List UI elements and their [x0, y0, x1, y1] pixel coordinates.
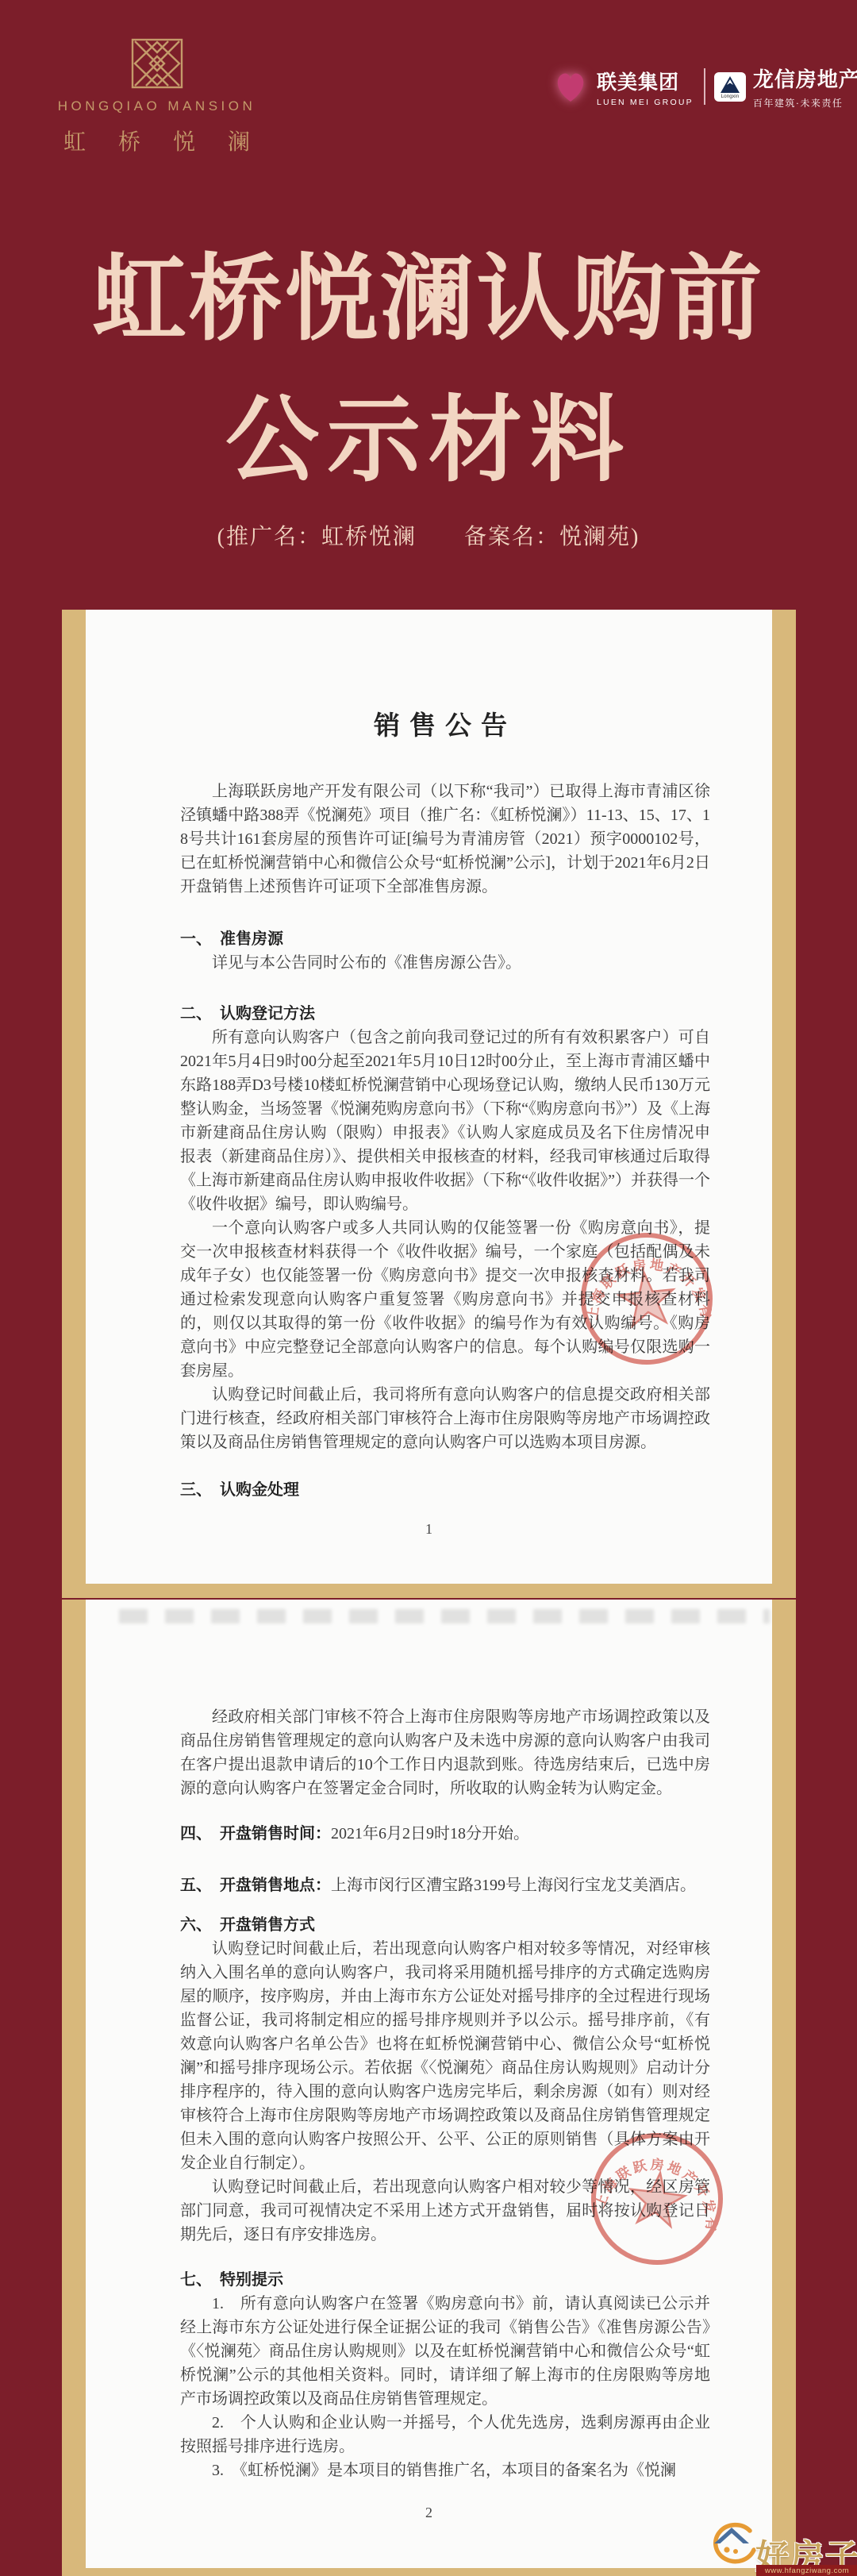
watermark-url-bar: www.hfangziwang.com: [756, 2565, 857, 2576]
house-logo-icon: [708, 2521, 757, 2572]
section-heading-4: 四、 开盘销售时间：2021年6月2日9时18分开始。: [180, 1822, 710, 1846]
section-heading-2: 二、 认购登记方法: [180, 1002, 710, 1026]
longxin-slogan: 百年建筑·未来责任: [753, 96, 857, 110]
section-4-value: 2021年6月2日9时18分开始。: [331, 1825, 529, 1842]
longxin-name-cn: 龙信房地产: [753, 64, 857, 93]
lattice-square-emblem-icon: [131, 38, 183, 89]
document-page-1: 销售公告 上海联跃房地产开发有限公司（以下称“我司”）已取得上海市青浦区徐泾镇蟠…: [62, 610, 796, 1598]
section-5-value: 上海市闵行区漕宝路3199号上海闵行宝龙艾美酒店。: [331, 1877, 696, 1894]
document-page-2: 经政府相关部门审核不符合上海市住房限购等房地产市场调控政策以及商品住房销售管理规…: [62, 1600, 796, 2576]
longxin-logo-text: Longxin: [721, 94, 739, 99]
page-1-content: 销售公告 上海联跃房地产开发有限公司（以下称“我司”）已取得上海市青浦区徐泾镇蟠…: [86, 610, 772, 1584]
mountain-triangle-icon: [719, 75, 741, 94]
page-number-2: 2: [86, 2505, 772, 2521]
page-number-1: 1: [86, 1521, 772, 1538]
brand-name-en: HONGQIAO MANSION: [48, 98, 266, 114]
paragraph: 1. 所有意向认购客户在签署《购房意向书》前，请认真阅读已公示并经上海市东方公证…: [180, 2292, 710, 2411]
doc-title: 销售公告: [180, 710, 710, 742]
section-heading-6: 六、 开盘销售方式: [180, 1913, 710, 1937]
main-title-line2: 公示材料: [0, 389, 857, 494]
section-heading-3: 三、 认购金处理: [180, 1478, 710, 1502]
paragraph: 2. 个人认购和企业认购一并摇号，个人优先选房，选剩房源再由企业按照摇号排序进行…: [180, 2411, 710, 2459]
paragraph: 详见与本公告同时公布的《准售房源公告》。: [180, 951, 710, 975]
main-title-subtitle: (推广名：虹桥悦澜 备案名：悦澜苑): [0, 519, 857, 551]
paragraph: 所有意向认购客户（包含之前向我司登记过的所有有效积累客户）可自2021年5月4日…: [180, 1026, 710, 1216]
section-4-label: 四、 开盘销售时间：: [180, 1825, 331, 1842]
paragraph: 认购登记时间截止后，我司将所有意向认购客户的信息提交政府相关部门进行核查，经政府…: [180, 1383, 710, 1454]
paragraph: 3. 《虹桥悦澜》是本项目的销售推广名，本项目的备案名为《悦澜: [180, 2459, 710, 2482]
luenmei-name-cn: 联美集团: [597, 67, 694, 95]
official-red-seal-stamp: 上海联跃房地产开发有限公司: [575, 2116, 739, 2281]
logo-divider: [704, 68, 705, 105]
scan-artifact: [119, 1609, 770, 1623]
section-5-label: 五、 开盘销售地点：: [180, 1877, 331, 1894]
longxin-logo-box: Longxin: [714, 72, 746, 102]
paragraph: 经政府相关部门审核不符合上海市住房限购等房地产市场调控政策以及商品住房销售管理规…: [180, 1705, 710, 1800]
heart-icon: [554, 69, 587, 104]
brand-name-cn: 虹 桥 悦 澜: [48, 125, 266, 156]
page-2-content: 经政府相关部门审核不符合上海市住房限购等房地产市场调控政策以及商品住房销售管理规…: [86, 1600, 772, 2568]
section-heading-7: 七、 特别提示: [180, 2268, 710, 2292]
main-title-line1: 虹桥悦澜认购前: [0, 248, 857, 352]
brand-block: HONGQIAO MANSION 虹 桥 悦 澜: [48, 38, 266, 156]
poster-page: HONGQIAO MANSION 虹 桥 悦 澜 联美集团 LUEN MEI G…: [0, 0, 857, 2576]
section-heading-1: 一、 准售房源: [180, 927, 710, 951]
main-title: 虹桥悦澜认购前 公示材料 (推广名：虹桥悦澜 备案名：悦澜苑): [0, 248, 857, 551]
five-point-star-icon: [617, 1270, 677, 1327]
official-red-seal-stamp: 上海联跃房地产开发有限公司: [566, 1218, 728, 1380]
luenmei-name-en: LUEN MEI GROUP: [597, 98, 694, 107]
longxin-logo: 龙信房地产 百年建筑·未来责任: [753, 64, 857, 110]
section-heading-5: 五、 开盘销售地点：上海市闵行区漕宝路3199号上海闵行宝龙艾美酒店。: [180, 1873, 710, 1897]
luenmei-logo: 联美集团 LUEN MEI GROUP: [597, 67, 694, 107]
site-watermark: 好房子网 www.hfangziwang.com: [708, 2518, 857, 2576]
watermark-site-url: www.hfangziwang.com: [765, 2566, 849, 2575]
paragraph: 上海联跃房地产开发有限公司（以下称“我司”）已取得上海市青浦区徐泾镇蟠中路388…: [180, 780, 710, 899]
partner-logos: 联美集团 LUEN MEI GROUP Longxin 龙信房地产 百年建筑·未…: [554, 67, 857, 106]
